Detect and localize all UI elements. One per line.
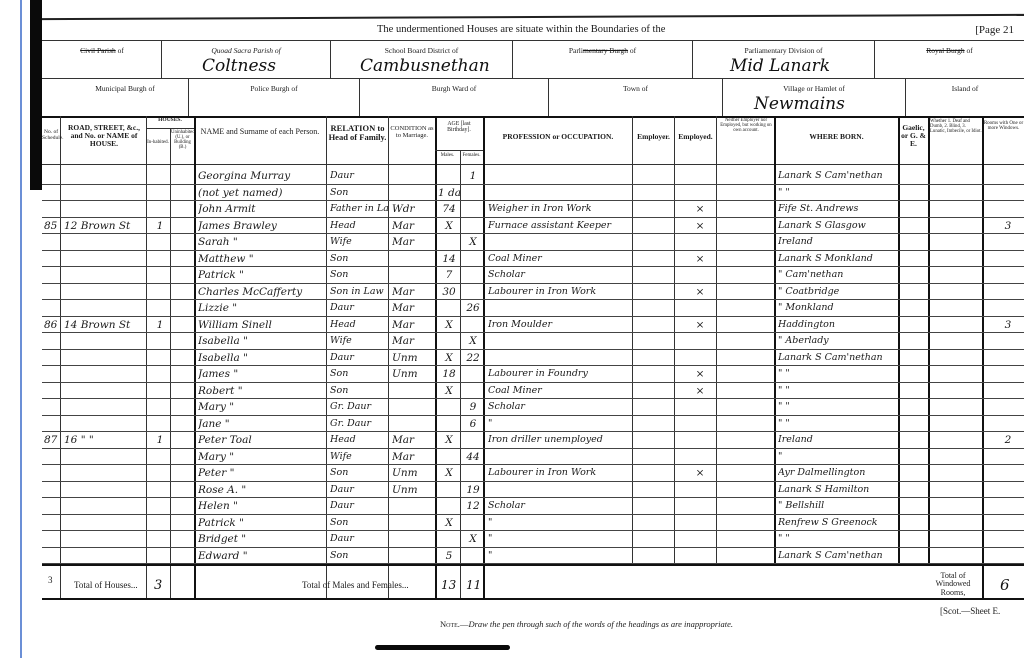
total-schedules-mark: 3 bbox=[48, 575, 53, 585]
cell-female-age: 12 bbox=[463, 500, 483, 512]
cell-relation: Son bbox=[330, 550, 388, 561]
municipal-burgh-label: Municipal Burgh of bbox=[62, 84, 188, 93]
cell-male-age: X bbox=[438, 517, 460, 529]
cell-condition: Mar bbox=[392, 434, 434, 446]
cell-where-born: " " bbox=[778, 385, 898, 396]
table-row: Rose A. "DaurUnm19Lanark S Hamilton bbox=[42, 482, 1024, 499]
cell-relation: Head bbox=[330, 319, 388, 330]
cell-occupation: " bbox=[488, 517, 632, 528]
col-females: Females. bbox=[460, 153, 483, 158]
cell-name: Matthew " bbox=[198, 253, 324, 265]
police-burgh-label: Police Burgh of bbox=[189, 84, 359, 93]
col-profession: PROFESSION or OCCUPATION. bbox=[484, 133, 632, 141]
cell-where-born: " " bbox=[778, 368, 898, 379]
cell-employed: × bbox=[690, 203, 710, 215]
cell-female-age: X bbox=[463, 335, 483, 347]
cell-employed: × bbox=[690, 368, 710, 380]
page-number: [Page 21 bbox=[975, 24, 1014, 36]
table-row: Mary "Gr. Daur9Scholar" " bbox=[42, 399, 1024, 416]
cell-where-born: " " bbox=[778, 533, 898, 544]
cell-relation: Wife bbox=[330, 236, 388, 247]
cell-name: Bridget " bbox=[198, 533, 324, 545]
cell-female-age: 9 bbox=[463, 401, 483, 413]
col-houses: HOUSES. bbox=[146, 118, 194, 124]
cell-name: Sarah " bbox=[198, 236, 324, 248]
cell-occupation: Weigher in Iron Work bbox=[488, 203, 632, 214]
rule bbox=[42, 598, 1024, 600]
cell-relation: Son bbox=[330, 467, 388, 478]
burgh-ward-label: Burgh Ward of bbox=[360, 84, 548, 93]
cell-relation: Wife bbox=[330, 335, 388, 346]
cell-relation: Wife bbox=[330, 451, 388, 462]
cell-male-age: 1 day bbox=[438, 187, 460, 199]
cell-occupation: Labourer in Iron Work bbox=[488, 467, 632, 478]
cell-occupation: Scholar bbox=[488, 401, 632, 412]
cell-where-born: " Aberlady bbox=[778, 335, 898, 346]
quoad-sacra-label: Quoad Sacra Parish of bbox=[162, 46, 330, 55]
cell-inhabited: 1 bbox=[152, 220, 168, 232]
school-board-label: School Board District of bbox=[331, 46, 512, 55]
cell-name: Isabella " bbox=[198, 352, 324, 364]
home-indicator-bar[interactable] bbox=[375, 645, 510, 650]
cell-schedule: 85 bbox=[44, 220, 60, 232]
cell-where-born: Lanark S Glasgow bbox=[778, 220, 898, 231]
cell-relation: Son bbox=[330, 269, 388, 280]
cell-relation: Daur bbox=[330, 352, 388, 363]
col-employed: Employed. bbox=[675, 133, 716, 141]
cell-condition: Mar bbox=[392, 451, 434, 463]
cell-name: Georgina Murray bbox=[198, 170, 324, 182]
cell-road: 14 Brown St bbox=[64, 319, 146, 331]
cell-relation: Son bbox=[330, 368, 388, 379]
cell-female-age: 44 bbox=[463, 451, 483, 463]
rule bbox=[42, 164, 1024, 165]
cell-condition: Mar bbox=[392, 286, 434, 298]
cell-where-born: Ireland bbox=[778, 434, 898, 445]
cell-relation: Daur bbox=[330, 170, 388, 181]
table-row: 8512 Brown St1James BrawleyHeadMarXFurna… bbox=[42, 218, 1024, 235]
table-row: Robert "SonXCoal Miner×" " bbox=[42, 383, 1024, 400]
cell-relation: Son bbox=[330, 187, 388, 198]
col-condition: CONDITION as to Marriage. bbox=[389, 126, 435, 140]
cell-name: James Brawley bbox=[198, 220, 324, 232]
col-relation: RELATION to Head of Family. bbox=[327, 124, 388, 142]
table-row: Jane "Gr. Daur6"" " bbox=[42, 416, 1024, 433]
cell-where-born: Fife St. Andrews bbox=[778, 203, 898, 214]
cell-rooms: 2 bbox=[994, 434, 1022, 446]
table-row: Isabella "DaurUnmX22Lanark S Cam'nethan bbox=[42, 350, 1024, 367]
cell-condition: Mar bbox=[392, 319, 434, 331]
col-age: AGE [last Birthday]. bbox=[435, 121, 483, 133]
cell-name: Peter Toal bbox=[198, 434, 324, 446]
village-label: Village or Hamlet of bbox=[723, 84, 905, 93]
cell-female-age: 22 bbox=[463, 352, 483, 364]
cell-relation: Daur bbox=[330, 302, 388, 313]
town-label: Town of bbox=[549, 84, 722, 93]
table-row: Lizzie "DaurMar26" Monkland bbox=[42, 300, 1024, 317]
cell-name: Patrick " bbox=[198, 269, 324, 281]
cell-male-age: X bbox=[438, 467, 460, 479]
cell-name: Robert " bbox=[198, 385, 324, 397]
parl-division-label: Parliamentary Division of bbox=[693, 46, 874, 55]
cell-employed: × bbox=[690, 220, 710, 232]
cell-name: Rose A. " bbox=[198, 484, 324, 496]
table-row: Helen "Daur12Scholar" Bellshill bbox=[42, 498, 1024, 515]
col-gaelic: Gaelic, or G. & E. bbox=[899, 124, 928, 148]
cell-occupation: Iron Moulder bbox=[488, 319, 632, 330]
cell-male-age: 5 bbox=[438, 550, 460, 562]
cell-relation: Daur bbox=[330, 500, 388, 511]
cell-schedule: 87 bbox=[44, 434, 60, 446]
rule bbox=[435, 150, 483, 151]
cell-where-born: " " bbox=[778, 187, 898, 198]
cell-name: William Sinell bbox=[198, 319, 324, 331]
cell-female-age: 6 bbox=[463, 418, 483, 430]
rule bbox=[42, 40, 1024, 41]
cell-relation: Son bbox=[330, 253, 388, 264]
cell-condition: Mar bbox=[392, 220, 434, 232]
cell-employed: × bbox=[690, 385, 710, 397]
cell-name: Helen " bbox=[198, 500, 324, 512]
cell-male-age: X bbox=[438, 319, 460, 331]
cell-condition: Unm bbox=[392, 484, 434, 496]
note-label: Note.— bbox=[440, 619, 468, 629]
cell-road: 16 " " bbox=[64, 434, 146, 446]
cell-name: Charles McCafferty bbox=[198, 286, 324, 298]
cell-inhabited: 1 bbox=[152, 434, 168, 446]
cell-occupation: " bbox=[488, 550, 632, 561]
table-row: Peter "SonUnmXLabourer in Iron Work×Ayr … bbox=[42, 465, 1024, 482]
total-houses-label: Total of Houses... bbox=[74, 580, 138, 590]
cell-relation: Daur bbox=[330, 484, 388, 495]
cell-relation: Son bbox=[330, 385, 388, 396]
cell-relation: Head bbox=[330, 434, 388, 445]
parl-division-value: Mid Lanark bbox=[730, 56, 830, 76]
cell-name: Mary " bbox=[198, 451, 324, 463]
cell-male-age: 14 bbox=[438, 253, 460, 265]
cell-condition: Mar bbox=[392, 335, 434, 347]
cell-male-age: X bbox=[438, 434, 460, 446]
table-row: Mary "WifeMar44" bbox=[42, 449, 1024, 466]
cell-where-born: " Monkland bbox=[778, 302, 898, 313]
quoad-sacra-value: Coltness bbox=[202, 56, 276, 76]
cell-employed: × bbox=[690, 467, 710, 479]
cell-male-age: X bbox=[438, 220, 460, 232]
cell-occupation: Coal Miner bbox=[488, 385, 632, 396]
total-houses-value: 3 bbox=[154, 578, 162, 593]
cell-where-born: " " bbox=[778, 401, 898, 412]
rule bbox=[146, 128, 194, 129]
top-rule bbox=[42, 14, 1024, 20]
cell-occupation: Furnace assistant Keeper bbox=[488, 220, 632, 231]
cell-male-age: 74 bbox=[438, 203, 460, 215]
cell-condition: Mar bbox=[392, 302, 434, 314]
scan-binding-shadow bbox=[30, 0, 42, 190]
total-females: 11 bbox=[466, 578, 481, 592]
cell-road: 12 Brown St bbox=[64, 220, 146, 232]
cell-name: Peter " bbox=[198, 467, 324, 479]
cell-female-age: 19 bbox=[463, 484, 483, 496]
cell-male-age: X bbox=[438, 385, 460, 397]
cell-condition: Mar bbox=[392, 236, 434, 248]
cell-female-age: 1 bbox=[463, 170, 483, 182]
cell-condition: Wdr bbox=[392, 203, 434, 215]
cell-inhabited: 1 bbox=[152, 319, 168, 331]
col-employer: Employer. bbox=[633, 133, 674, 141]
cell-male-age: 18 bbox=[438, 368, 460, 380]
cell-occupation: " bbox=[488, 533, 632, 544]
cell-name: James " bbox=[198, 368, 324, 380]
cell-occupation: Scholar bbox=[488, 269, 632, 280]
cell-employed: × bbox=[690, 253, 710, 265]
table-row: Charles McCaffertySon in LawMar30Laboure… bbox=[42, 284, 1024, 301]
col-own-account: Neither Employer nor Employed, but worki… bbox=[718, 118, 774, 133]
cell-employed: × bbox=[690, 286, 710, 298]
cell-occupation: Coal Miner bbox=[488, 253, 632, 264]
table-row: Patrick "SonX"Renfrew S Greenock bbox=[42, 515, 1024, 532]
table-row: Patrick "Son7Scholar" Cam'nethan bbox=[42, 267, 1024, 284]
cell-relation: Daur bbox=[330, 533, 388, 544]
village-value: Newmains bbox=[754, 94, 845, 114]
cell-occupation: Scholar bbox=[488, 500, 632, 511]
col-name: NAME and Surname of each Person. bbox=[194, 128, 326, 136]
cell-relation: Gr. Daur bbox=[330, 418, 388, 429]
col-where-born: WHERE BORN. bbox=[775, 133, 898, 141]
table-row: John ArmitFather in LawWdr74Weigher in I… bbox=[42, 201, 1024, 218]
cell-where-born: Lanark S Monkland bbox=[778, 253, 898, 264]
cell-name: Isabella " bbox=[198, 335, 324, 347]
cell-where-born: Lanark S Cam'nethan bbox=[778, 550, 898, 561]
cell-where-born: " Coatbridge bbox=[778, 286, 898, 297]
cell-male-age: X bbox=[438, 352, 460, 364]
cell-relation: Son in Law bbox=[330, 286, 388, 297]
table-row: 8716 " "1Peter ToalHeadMarXIron driller … bbox=[42, 432, 1024, 449]
cell-where-born: Lanark S Cam'nethan bbox=[778, 352, 898, 363]
parl-burgh-label: Parlimentary Burgh of bbox=[513, 46, 692, 55]
cell-relation: Father in Law bbox=[330, 203, 388, 214]
cell-name: Jane " bbox=[198, 418, 324, 430]
cell-male-age: 7 bbox=[438, 269, 460, 281]
cell-where-born: Ireland bbox=[778, 236, 898, 247]
cell-female-age: 26 bbox=[463, 302, 483, 314]
table-row: 8614 Brown St1William SinellHeadMarXIron… bbox=[42, 317, 1024, 334]
census-sheet: The undermentioned Houses are situate wi… bbox=[42, 0, 1024, 640]
royal-burgh-label: Royal Burgh of bbox=[875, 46, 1024, 55]
cell-condition: Unm bbox=[392, 467, 434, 479]
cell-occupation: Labourer in Foundry bbox=[488, 368, 632, 379]
table-row: Bridget "DaurX"" " bbox=[42, 531, 1024, 548]
island-label: Island of bbox=[906, 84, 1024, 93]
cell-condition: Unm bbox=[392, 368, 434, 380]
col-road: ROAD, STREET, &c., and No. or NAME of HO… bbox=[62, 124, 146, 148]
cell-occupation: Iron driller unemployed bbox=[488, 434, 632, 445]
cell-relation: Head bbox=[330, 220, 388, 231]
cell-rooms: 3 bbox=[994, 319, 1022, 331]
cell-name: Edward " bbox=[198, 550, 324, 562]
table-row: Georgina MurrayDaur1Lanark S Cam'nethan bbox=[42, 168, 1024, 185]
cell-name: Patrick " bbox=[198, 517, 324, 529]
table-row: Sarah "WifeMarXIreland bbox=[42, 234, 1024, 251]
school-board-value: Cambusnethan bbox=[360, 56, 490, 76]
cell-occupation: " bbox=[488, 418, 632, 429]
rule bbox=[42, 78, 1024, 79]
cell-male-age: 30 bbox=[438, 286, 460, 298]
footnote: Note.—Draw the pen through such of the w… bbox=[440, 619, 733, 629]
col-inhabited: In-habited. bbox=[146, 140, 170, 145]
cell-where-born: Ayr Dalmellington bbox=[778, 467, 898, 478]
rule bbox=[42, 564, 1024, 566]
total-rooms-value: 6 bbox=[1000, 576, 1010, 594]
cell-relation: Gr. Daur bbox=[330, 401, 388, 412]
cell-where-born: " Cam'nethan bbox=[778, 269, 898, 280]
cell-name: Lizzie " bbox=[198, 302, 324, 314]
viewer-frame-edge bbox=[20, 0, 22, 658]
col-rooms: Rooms with One or more Windows. bbox=[983, 121, 1024, 132]
col-uninhabited: Uninhabited (U.), or Building (B.) bbox=[171, 130, 194, 150]
col-infirmity: Whether 1. Deaf and Dumb, 2. Blind, 3. L… bbox=[930, 119, 982, 134]
table-row: Matthew "Son14Coal Miner×Lanark S Monkla… bbox=[42, 251, 1024, 268]
cell-where-born: Renfrew S Greenock bbox=[778, 517, 898, 528]
table-row: James "SonUnm18Labourer in Foundry×" " bbox=[42, 366, 1024, 383]
total-rooms-label: Total of Windowed Rooms, bbox=[926, 572, 980, 597]
cell-female-age: X bbox=[463, 533, 483, 545]
heading-text: The undermentioned Houses are situate wi… bbox=[377, 24, 665, 35]
col-males: Males. bbox=[435, 153, 460, 158]
cell-where-born: Lanark S Hamilton bbox=[778, 484, 898, 495]
cell-name: John Armit bbox=[198, 203, 324, 215]
col-schedule: No. of Schedule. bbox=[42, 130, 60, 142]
sheet-reference: [Scot.—Sheet E. bbox=[940, 606, 1000, 616]
note-text: Draw the pen through such of the words o… bbox=[468, 619, 733, 629]
total-persons-label: Total of Males and Females... bbox=[302, 580, 409, 590]
cell-employed: × bbox=[690, 319, 710, 331]
cell-name: Mary " bbox=[198, 401, 324, 413]
table-row: Edward "Son5"Lanark S Cam'nethan bbox=[42, 548, 1024, 565]
table-row: Isabella "WifeMarX" Aberlady bbox=[42, 333, 1024, 350]
cell-where-born: " " bbox=[778, 418, 898, 429]
table-row: (not yet named)Son1 day" " bbox=[42, 185, 1024, 202]
total-males: 13 bbox=[441, 578, 456, 592]
cell-condition: Unm bbox=[392, 352, 434, 364]
cell-where-born: " Bellshill bbox=[778, 500, 898, 511]
cell-schedule: 86 bbox=[44, 319, 60, 331]
cell-where-born: Haddington bbox=[778, 319, 898, 330]
cell-rooms: 3 bbox=[994, 220, 1022, 232]
cell-female-age: X bbox=[463, 236, 483, 248]
cell-name: (not yet named) bbox=[198, 187, 324, 199]
cell-occupation: Labourer in Iron Work bbox=[488, 286, 632, 297]
civil-parish-label: Civil Parish of bbox=[62, 46, 142, 55]
cell-where-born: Lanark S Cam'nethan bbox=[778, 170, 898, 181]
cell-where-born: " bbox=[778, 451, 898, 462]
cell-relation: Son bbox=[330, 517, 388, 528]
